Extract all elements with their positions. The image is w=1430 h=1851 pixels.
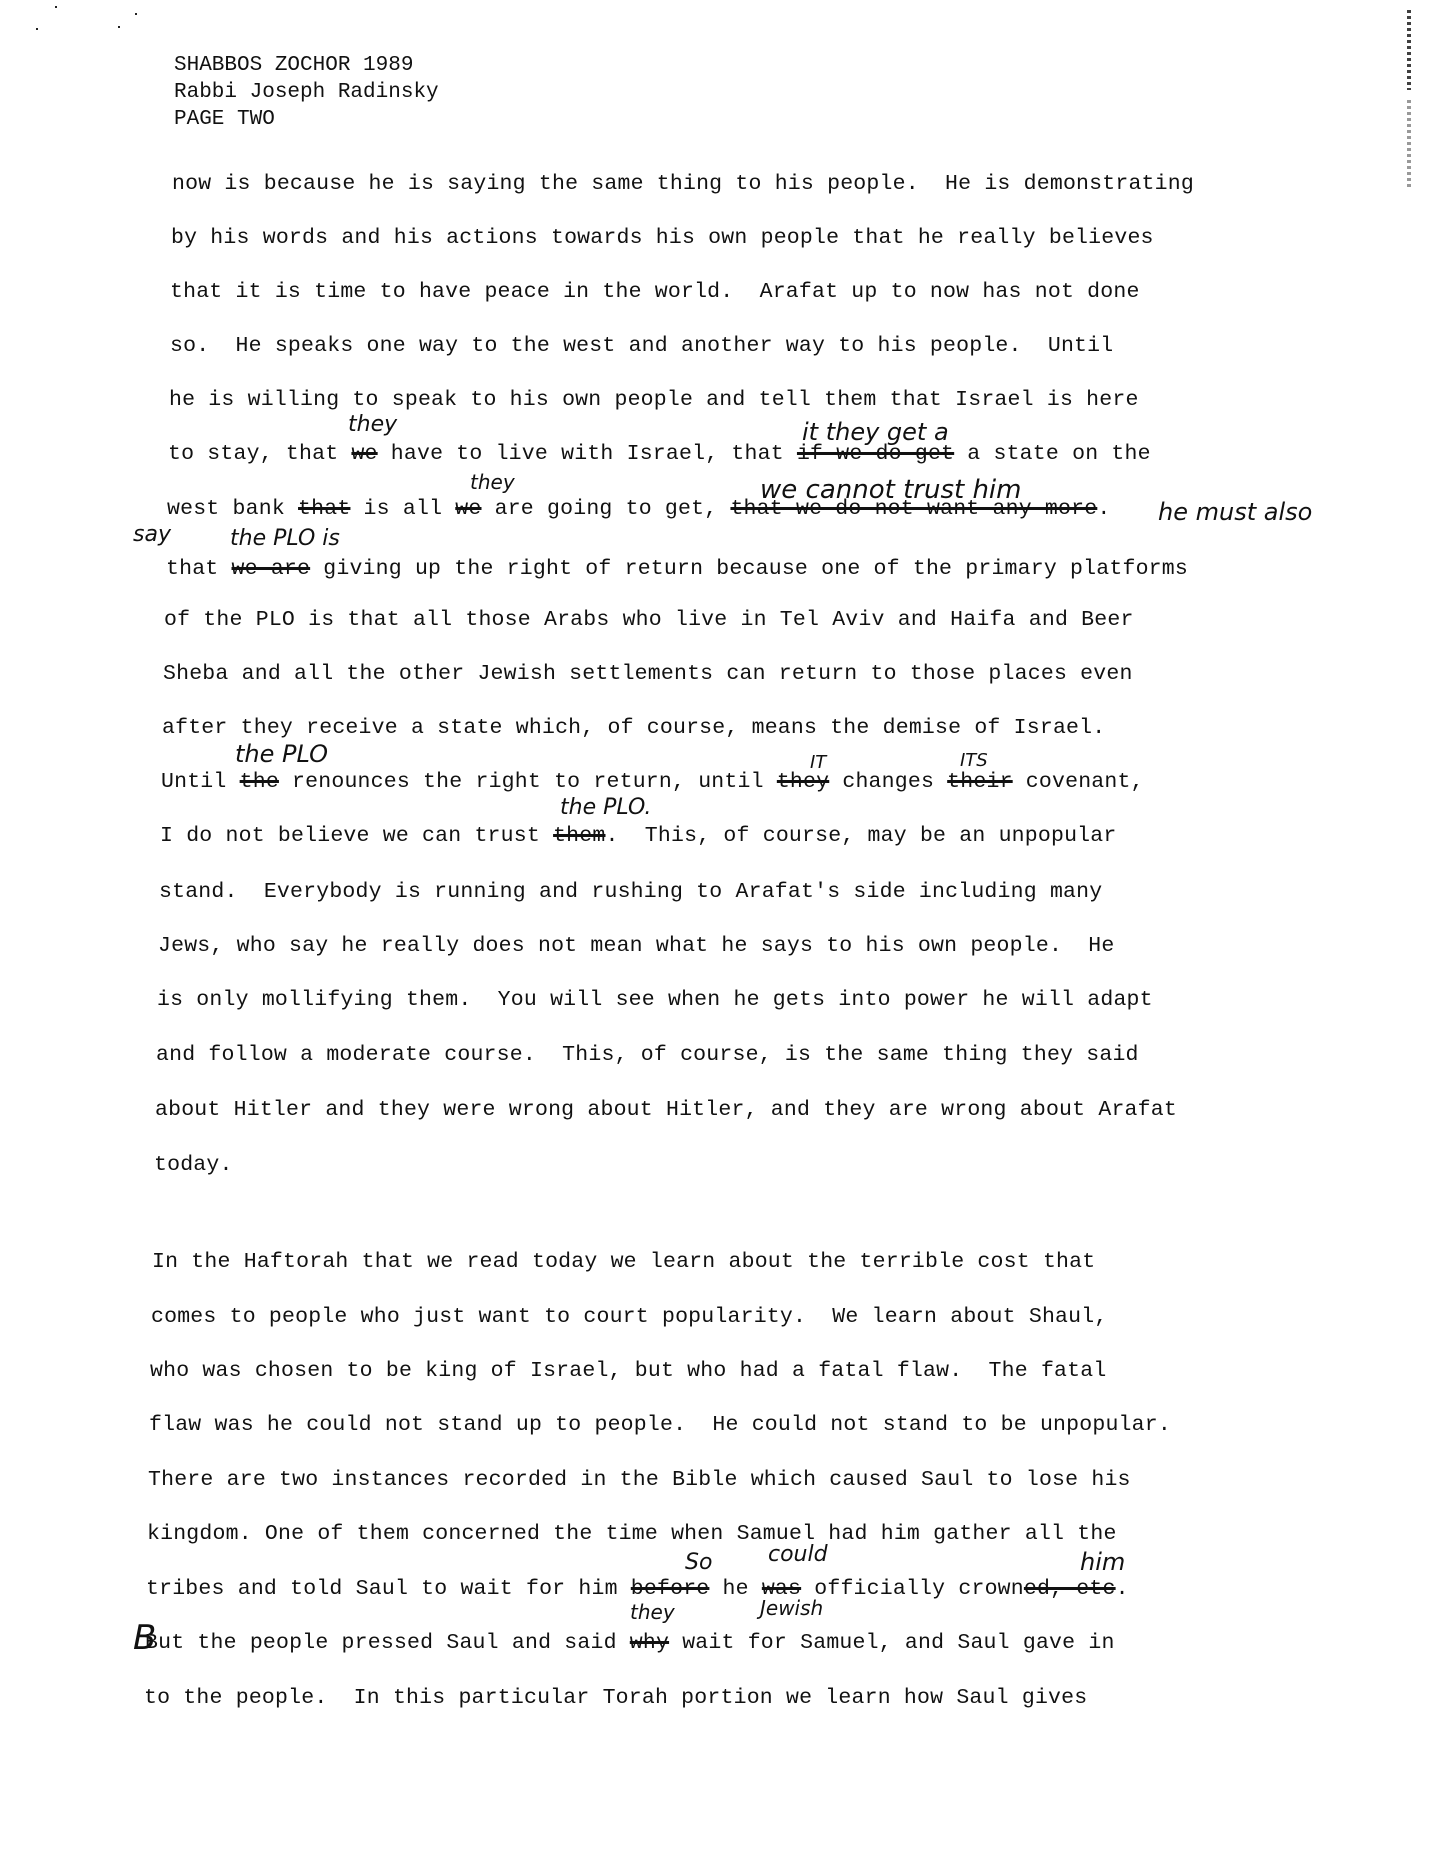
handwritten-insertion: the PLO. (560, 795, 651, 820)
text-segment: that (166, 557, 232, 581)
text-line-edited: But the people pressed Saul and said why… (145, 1631, 1115, 1655)
text-line: comes to people who just want to court p… (151, 1305, 1107, 1329)
scan-speck (135, 13, 137, 15)
scan-edge-mark (1407, 10, 1411, 90)
text-segment: Until (161, 770, 240, 794)
scan-speck (55, 6, 57, 8)
handwritten-insertion: IT (810, 752, 826, 773)
text-segment: is all (350, 497, 455, 521)
text-line: who was chosen to be king of Israel, but… (150, 1359, 1106, 1383)
handwritten-insertion: say (133, 522, 171, 547)
struck-text: that (298, 497, 350, 521)
scan-speck (36, 28, 38, 30)
text-segment: . This, of course, may be an unpopular (606, 824, 1117, 848)
handwritten-insertion: the PLO (235, 740, 328, 768)
text-segment: . (1097, 497, 1110, 521)
text-line: Jews, who say he really does not mean wh… (158, 934, 1114, 958)
handwritten-insertion: ITS (960, 750, 988, 771)
scan-speck (118, 26, 120, 28)
text-segment: renounces the right to return, until (279, 770, 777, 794)
struck-text: the (240, 770, 279, 794)
handwritten-insertion: B (133, 1618, 156, 1658)
text-line: after they receive a state which, of cou… (162, 716, 1105, 740)
text-line: by his words and his actions towards his… (171, 226, 1154, 250)
struck-text: we (351, 442, 377, 466)
text-line: he is willing to speak to his own people… (169, 388, 1139, 412)
text-line: of the PLO is that all those Arabs who l… (164, 608, 1134, 632)
text-segment: are going to get, (482, 497, 731, 521)
text-segment: west bank (167, 497, 298, 521)
text-segment: to stay, that (168, 442, 351, 466)
text-line-edited: tribes and told Saul to wait for him bef… (146, 1577, 1129, 1601)
text-line: that it is time to have peace in the wor… (170, 280, 1140, 304)
handwritten-insertion: he must also (1158, 498, 1312, 526)
struck-text: they (777, 770, 829, 794)
text-line: so. He speaks one way to the west and an… (170, 334, 1113, 358)
text-line: In the Haftorah that we read today we le… (152, 1250, 1095, 1274)
struck-text: why (630, 1631, 669, 1655)
handwritten-insertion: Jewish (760, 1596, 823, 1620)
handwritten-insertion: him (1080, 1548, 1125, 1576)
struck-text: we are (232, 557, 311, 581)
handwritten-insertion: it they get a (802, 418, 949, 446)
text-line-edited: to stay, that we have to live with Israe… (168, 442, 1151, 466)
handwritten-insertion: they (630, 1600, 675, 1624)
struck-text: we (455, 497, 481, 521)
text-segment: changes (829, 770, 947, 794)
struck-text: their (947, 770, 1013, 794)
handwritten-insertion: we cannot trust him (760, 475, 1021, 505)
text-line: today. (154, 1153, 233, 1177)
handwritten-insertion: So (685, 1550, 712, 1575)
text-segment: wait for Samuel, and Saul gave in (669, 1631, 1114, 1655)
scan-edge-mark (1407, 100, 1411, 190)
text-segment: tribes and told Saul to wait for him (146, 1577, 631, 1601)
text-line-edited: Until the renounces the right to return,… (161, 770, 1144, 794)
text-line: to the people. In this particular Torah … (144, 1686, 1087, 1710)
text-line: stand. Everybody is running and rushing … (159, 880, 1102, 904)
text-segment: have to live with Israel, that (378, 442, 797, 466)
text-line: Sheba and all the other Jewish settlemen… (163, 662, 1133, 686)
text-line: is only mollifying them. You will see wh… (157, 988, 1153, 1012)
document-title: SHABBOS ZOCHOR 1989 (174, 52, 439, 79)
struck-text: before (631, 1577, 710, 1601)
text-segment: covenant, (1013, 770, 1144, 794)
text-segment: giving up the right of return because on… (310, 557, 1188, 581)
text-segment: But the people pressed Saul and said (145, 1631, 630, 1655)
scanned-page: SHABBOS ZOCHOR 1989 Rabbi Joseph Radinsk… (0, 0, 1430, 1851)
document-author: Rabbi Joseph Radinsky (174, 79, 439, 106)
text-line: flaw was he could not stand up to people… (149, 1413, 1171, 1437)
text-line-edited: I do not believe we can trust them. This… (160, 824, 1116, 848)
text-line: kingdom. One of them concerned the time … (147, 1522, 1117, 1546)
handwritten-insertion: they (470, 470, 515, 494)
handwritten-insertion: they (348, 412, 397, 437)
document-header: SHABBOS ZOCHOR 1989 Rabbi Joseph Radinsk… (174, 52, 439, 133)
text-line: now is because he is saying the same thi… (172, 172, 1194, 196)
text-segment: a state on the (954, 442, 1151, 466)
struck-text: ed, etc (1024, 1577, 1116, 1601)
text-segment: he (709, 1577, 761, 1601)
page-label: PAGE TWO (174, 106, 439, 133)
text-segment: I do not believe we can trust (160, 824, 553, 848)
handwritten-insertion: could (768, 1542, 828, 1567)
text-segment: officially crown (801, 1577, 1024, 1601)
text-line: There are two instances recorded in the … (148, 1468, 1131, 1492)
handwritten-insertion: the PLO is (230, 526, 340, 551)
struck-text: them (553, 824, 605, 848)
text-segment: . (1116, 1577, 1129, 1601)
text-line: about Hitler and they were wrong about H… (155, 1098, 1177, 1122)
text-line: and follow a moderate course. This, of c… (156, 1043, 1139, 1067)
text-line-edited: that we are giving up the right of retur… (166, 557, 1188, 581)
